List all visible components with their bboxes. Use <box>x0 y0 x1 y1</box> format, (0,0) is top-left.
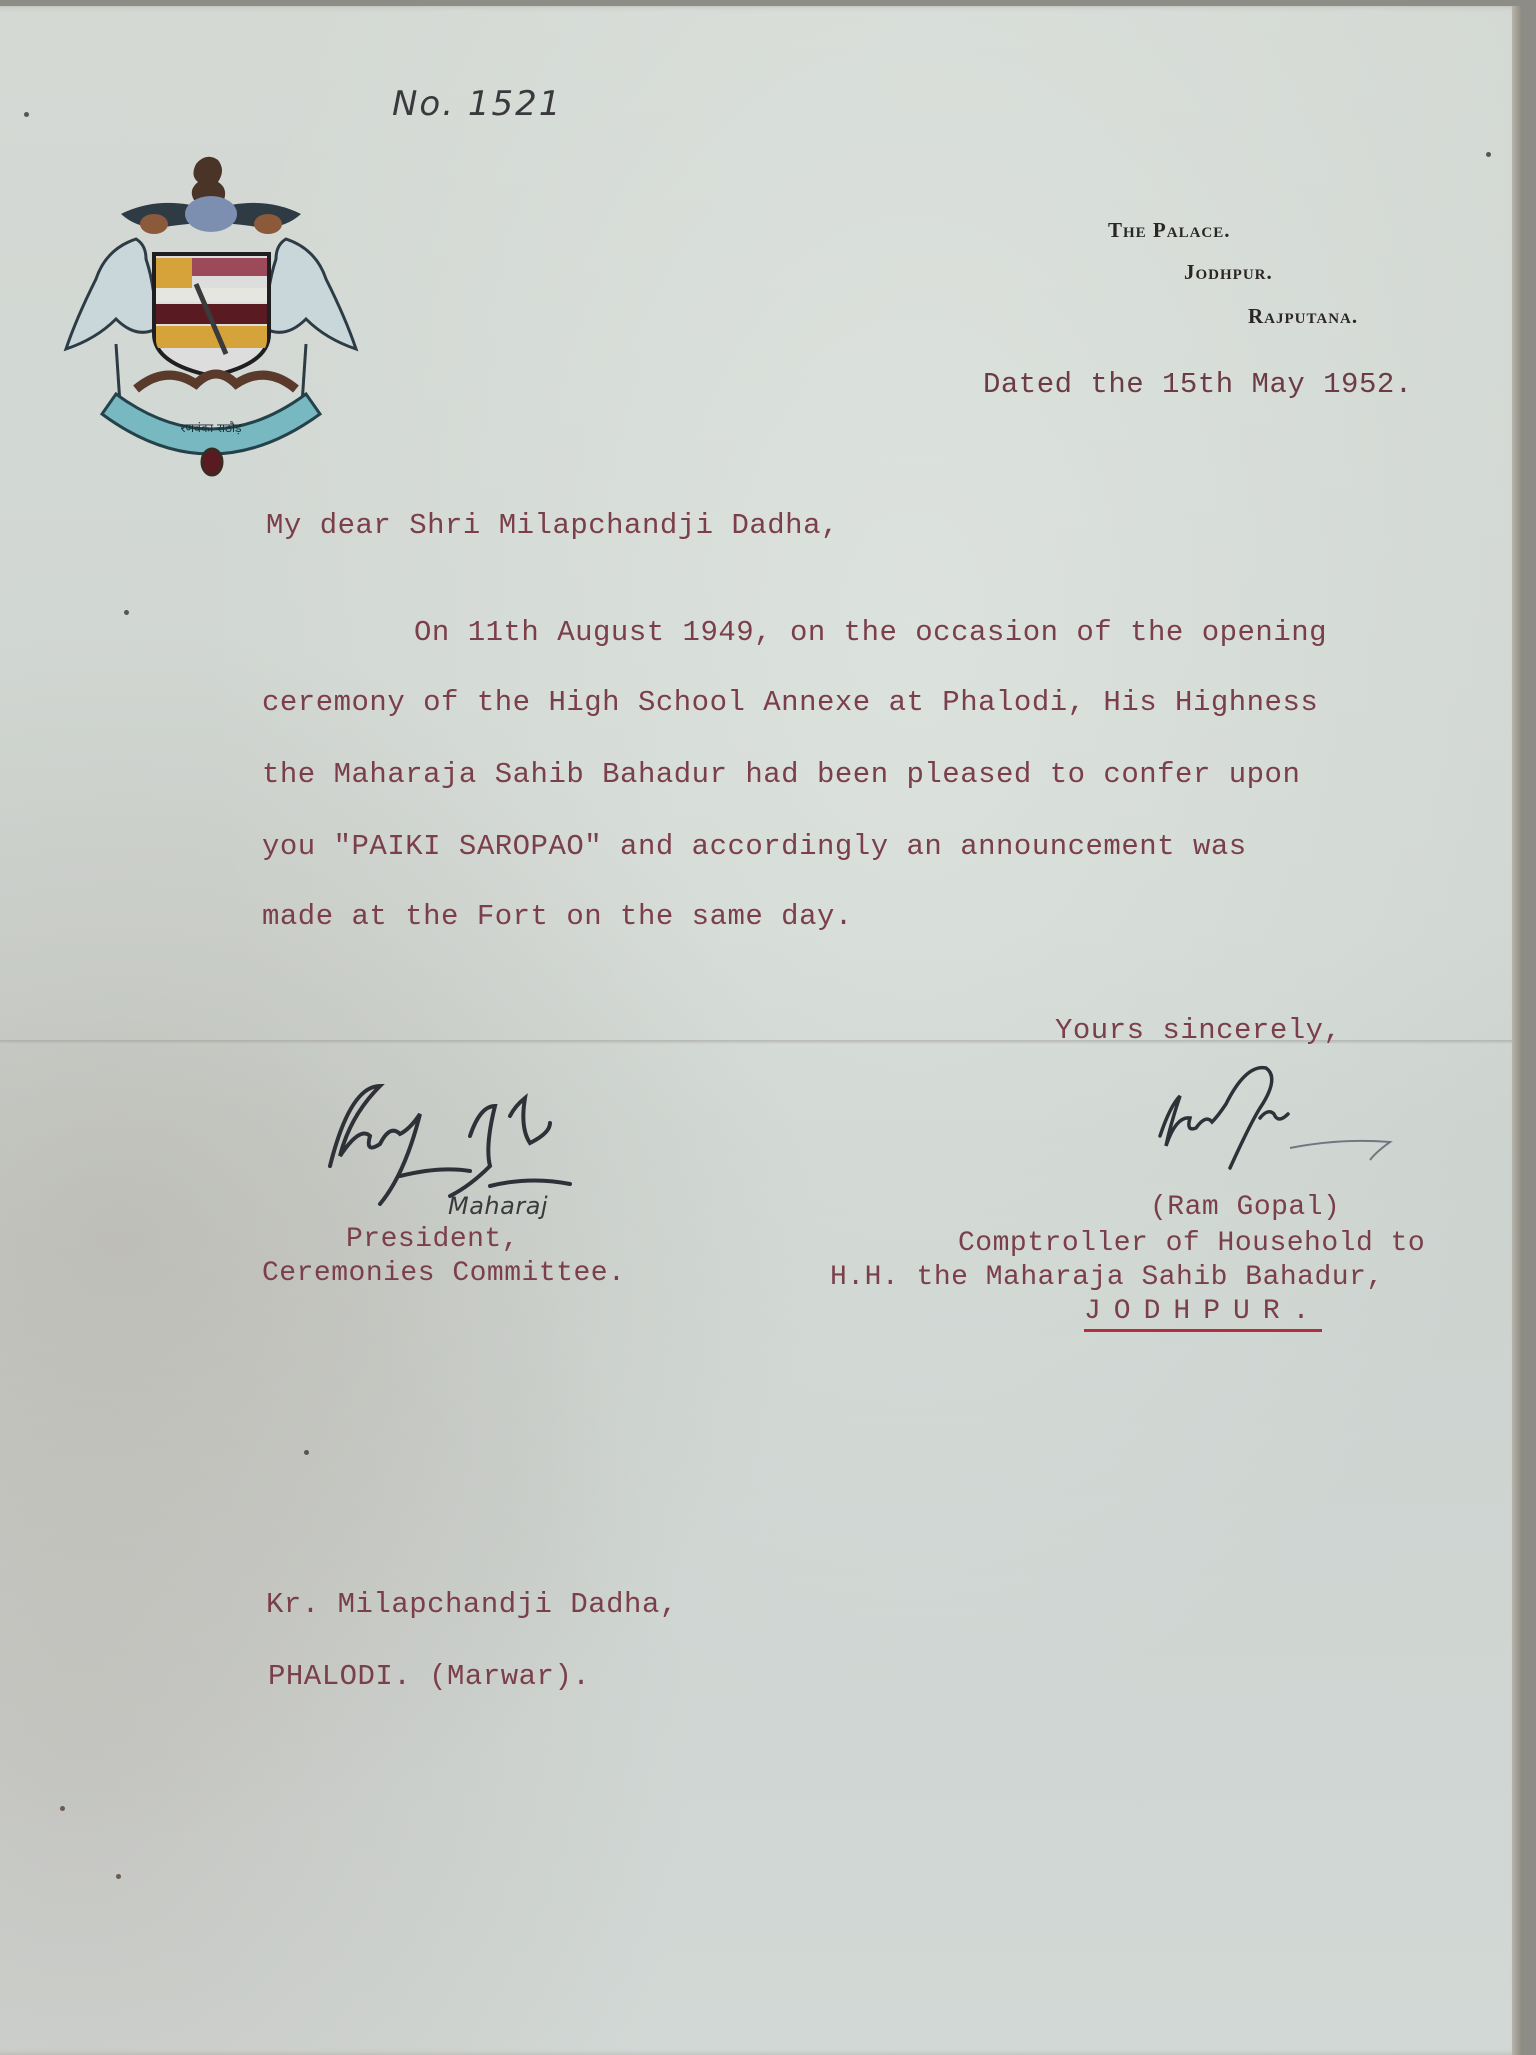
right-signatory-title: Comptroller of Household to <box>958 1228 1425 1259</box>
coat-of-arms-icon: रणबंका राठौड़ <box>36 144 386 484</box>
paper-speck <box>124 610 129 615</box>
addressee-place: PHALODI. (Marwar). <box>268 1660 590 1693</box>
closing: Yours sincerely, <box>1055 1014 1341 1047</box>
paper-speck <box>304 1450 309 1455</box>
reference-number: No. 1521 <box>392 84 562 124</box>
body-line: the Maharaja Sahib Bahadur had been plea… <box>262 758 1300 791</box>
salutation: My dear Shri Milapchandji Dadha, <box>266 509 839 542</box>
body-line: you "PAIKI SAROPAO" and accordingly an a… <box>262 830 1247 863</box>
handwritten-note: Maharaj <box>448 1192 548 1220</box>
letterhead-line: The Palace. <box>1108 220 1231 241</box>
letter-page: No. 1521 रणबंका राठौड़ The Palace. J <box>0 6 1522 2055</box>
letter-date: Dated the 15th May 1952. <box>983 368 1413 401</box>
paper-speck <box>1486 152 1491 157</box>
body-line: ceremony of the High School Annexe at Ph… <box>262 686 1318 719</box>
letterhead-line: Jodhpur. <box>1184 262 1273 283</box>
addressee-name: Kr. Milapchandji Dadha, <box>266 1588 678 1621</box>
right-signatory-title: H.H. the Maharaja Sahib Bahadur, <box>830 1262 1384 1293</box>
body-line: made at the Fort on the same day. <box>262 900 853 933</box>
signatory-place: JODHPUR. <box>1084 1296 1322 1332</box>
letterhead-line: Rajputana. <box>1248 306 1358 327</box>
left-signatory-title: Ceremonies Committee. <box>262 1258 625 1289</box>
paper-speck <box>60 1806 65 1811</box>
svg-text:रणबंका राठौड़: रणबंका राठौड़ <box>180 421 242 435</box>
paper-speck <box>24 112 29 117</box>
right-signatory-name: (Ram Gopal) <box>1150 1192 1340 1223</box>
signature-comptroller-icon <box>1150 1056 1410 1196</box>
left-signatory-title: President, <box>346 1224 519 1255</box>
paper-speck <box>116 1874 121 1879</box>
body-line: On 11th August 1949, on the occasion of … <box>414 616 1327 649</box>
